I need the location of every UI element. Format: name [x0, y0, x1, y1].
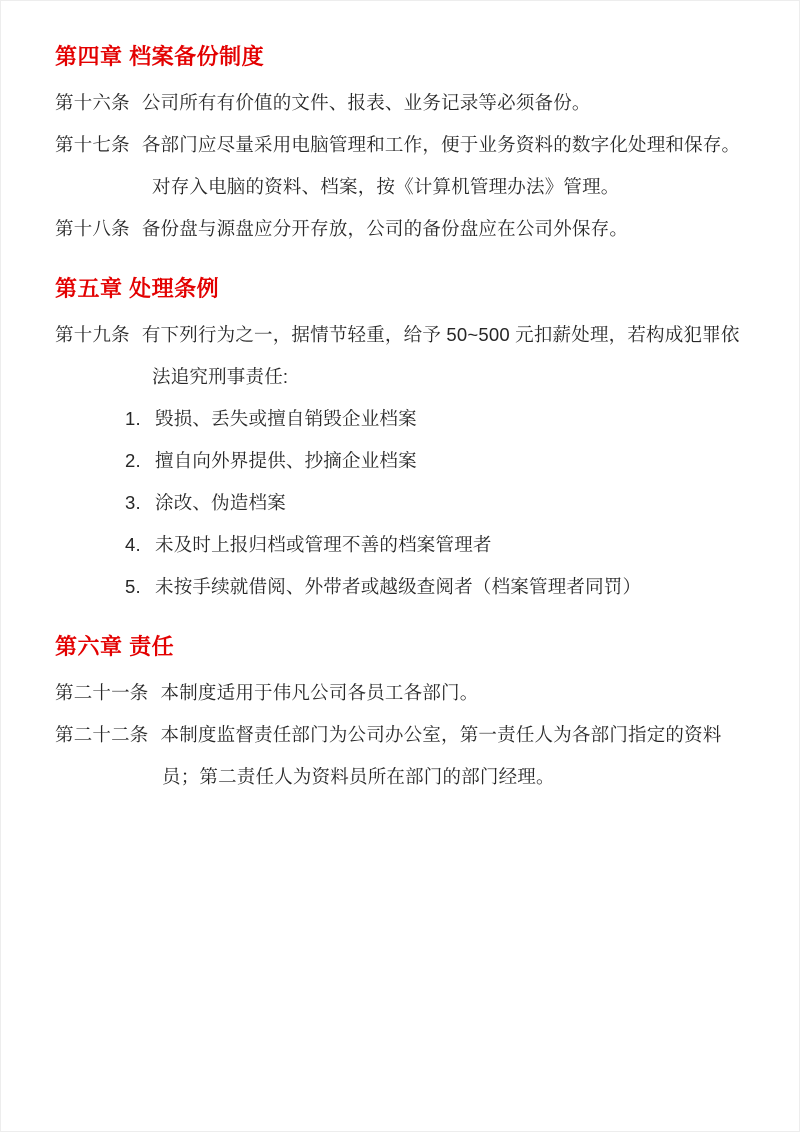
penalty-list: 1.毁损、丢失或擅自销毁企业档案2.擅自向外界提供、抄摘企业档案3.涂改、伪造档…: [55, 398, 746, 608]
list-text: 未及时上报归档或管理不善的档案管理者: [155, 534, 492, 555]
clause-text: 公司所有有价值的文件、报表、业务记录等必须备份。: [142, 92, 591, 113]
clause-paragraph: 第十七条各部门应尽量采用电脑管理和工作，便于业务资料的数字化处理和保存。: [55, 124, 746, 166]
clause-paragraph: 第十八条备份盘与源盘应分开存放，公司的备份盘应在公司外保存。: [55, 208, 746, 250]
clause-label: 第十九条: [55, 324, 130, 345]
list-text: 未按手续就借阅、外带者或越级查阅者（档案管理者同罚）: [155, 576, 641, 597]
clause-text: 员；第二责任人为资料员所在部门的部门经理。: [162, 766, 555, 787]
chapter-section: 第四章 档案备份制度第十六条公司所有有价值的文件、报表、业务记录等必须备份。第十…: [55, 42, 746, 250]
clause-text: 各部门应尽量采用电脑管理和工作，便于业务资料的数字化处理和保存。: [142, 134, 740, 155]
list-number: 4.: [125, 524, 155, 566]
list-item: 1.毁损、丢失或擅自销毁企业档案: [55, 398, 746, 440]
clause-text: 本制度适用于伟凡公司各员工各部门。: [161, 682, 479, 703]
list-item: 4.未及时上报归档或管理不善的档案管理者: [55, 524, 746, 566]
chapter-heading: 第五章 处理条例: [55, 274, 746, 304]
clause-text: 对存入电脑的资料、档案，按《计算机管理办法》管理。: [152, 176, 620, 197]
clause-paragraph: 第二十一条本制度适用于伟凡公司各员工各部门。: [55, 672, 746, 714]
clause-text: 备份盘与源盘应分开存放，公司的备份盘应在公司外保存。: [142, 218, 628, 239]
list-item: 5.未按手续就借阅、外带者或越级查阅者（档案管理者同罚）: [55, 566, 746, 608]
list-number: 2.: [125, 440, 155, 482]
chapter-section: 第六章 责任第二十一条本制度适用于伟凡公司各员工各部门。第二十二条本制度监督责任…: [55, 632, 746, 798]
document-body: 第四章 档案备份制度第十六条公司所有有价值的文件、报表、业务记录等必须备份。第十…: [55, 42, 746, 798]
clause-continuation: 员；第二责任人为资料员所在部门的部门经理。: [55, 756, 746, 798]
clause-label: 第二十一条: [55, 682, 149, 703]
clause-text: 有下列行为之一，据情节轻重，给予 50~500 元扣薪处理，若构成犯罪依: [142, 324, 740, 345]
list-text: 擅自向外界提供、抄摘企业档案: [155, 450, 417, 471]
chapter-heading: 第六章 责任: [55, 632, 746, 662]
chapter-heading: 第四章 档案备份制度: [55, 42, 746, 72]
clause-text: 本制度监督责任部门为公司办公室，第一责任人为各部门指定的资料: [161, 724, 722, 745]
list-item: 2.擅自向外界提供、抄摘企业档案: [55, 440, 746, 482]
clause-text: 法追究刑事责任:: [152, 366, 288, 387]
clause-continuation: 法追究刑事责任:: [55, 356, 746, 398]
clause-label: 第二十二条: [55, 724, 149, 745]
list-number: 1.: [125, 398, 155, 440]
document-page: 第四章 档案备份制度第十六条公司所有有价值的文件、报表、业务记录等必须备份。第十…: [0, 0, 800, 1132]
list-item: 3.涂改、伪造档案: [55, 482, 746, 524]
list-number: 5.: [125, 566, 155, 608]
clause-label: 第十八条: [55, 218, 130, 239]
chapter-section: 第五章 处理条例第十九条有下列行为之一，据情节轻重，给予 50~500 元扣薪处…: [55, 274, 746, 608]
list-text: 毁损、丢失或擅自销毁企业档案: [155, 408, 417, 429]
clause-label: 第十六条: [55, 92, 130, 113]
clause-paragraph: 第十六条公司所有有价值的文件、报表、业务记录等必须备份。: [55, 82, 746, 124]
clause-paragraph: 第二十二条本制度监督责任部门为公司办公室，第一责任人为各部门指定的资料: [55, 714, 746, 756]
clause-label: 第十七条: [55, 134, 130, 155]
clause-paragraph: 第十九条有下列行为之一，据情节轻重，给予 50~500 元扣薪处理，若构成犯罪依: [55, 314, 746, 356]
list-text: 涂改、伪造档案: [155, 492, 286, 513]
list-number: 3.: [125, 482, 155, 524]
clause-continuation: 对存入电脑的资料、档案，按《计算机管理办法》管理。: [55, 166, 746, 208]
